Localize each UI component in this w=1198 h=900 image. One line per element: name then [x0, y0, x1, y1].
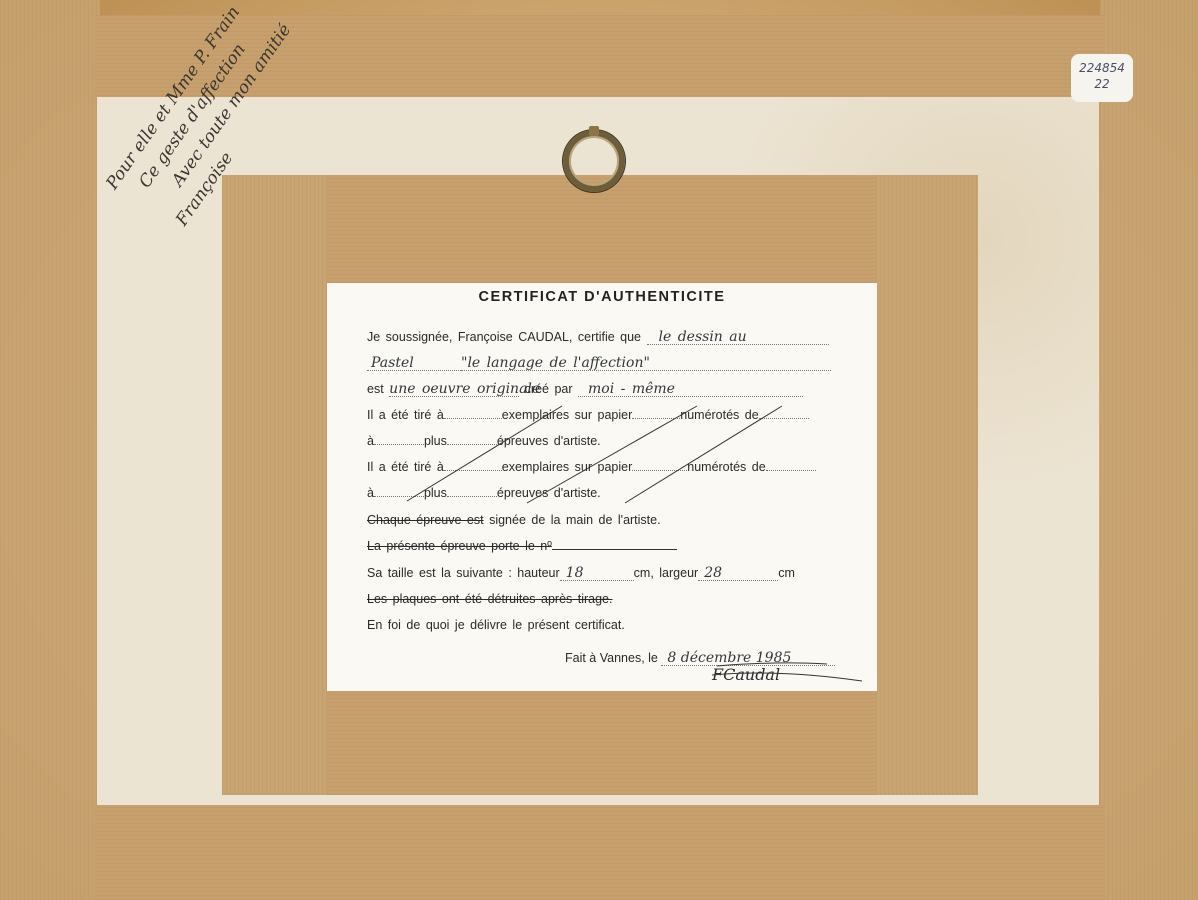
cert-line-taille: Sa taille est la suivante : hauteur18cm,… [367, 564, 832, 582]
handwritten-date: 8 décembre 1985 [661, 651, 835, 666]
cert-line-title: Pastel"le langage de l'affection" [367, 354, 832, 372]
cert-line-epreuves-1: àplusépreuves d'artiste. [367, 432, 832, 450]
handwritten-creator: moi - même [578, 382, 803, 397]
handwritten-hauteur: 18 [560, 566, 634, 581]
cert-line-chaque: Chaque épreuve est signée de la main de … [367, 511, 832, 529]
handwritten-largeur: 28 [698, 566, 778, 581]
handwritten-medium: le dessin au [647, 330, 829, 345]
cert-line-en-foi: En foi de quoi je délivre le présent cer… [367, 616, 832, 634]
cert-line-tirage-1: Il a été tiré àexemplaires sur papiernum… [367, 406, 832, 424]
frame-left-edge [0, 0, 100, 900]
cert-line-intro: Je soussignée, Françoise CAUDAL, certifi… [367, 328, 832, 346]
certificate-card: CERTIFICAT D'AUTHENTICITE Je soussignée,… [327, 283, 877, 691]
cert-line-presente: La présente épreuve porte le nº [367, 537, 832, 555]
kraft-tape-left [222, 175, 327, 795]
hanging-ring-icon [563, 130, 625, 192]
frame-bottom-tape [95, 805, 1105, 900]
certificate-title: CERTIFICAT D'AUTHENTICITE [327, 289, 877, 305]
artist-signature: FCaudal [712, 665, 780, 684]
cert-line-plaques: Les plaques ont été détruites après tira… [367, 590, 832, 608]
cert-line-tirage-2: Il a été tiré àexemplaires sur papiernum… [367, 458, 832, 476]
handwritten-technique: Pastel [367, 356, 461, 371]
handwritten-artwork-title: "le langage de l'affection" [461, 356, 831, 371]
inventory-sticker: 224854 22 [1071, 54, 1133, 102]
kraft-tape-right [876, 175, 978, 795]
cert-line-date: Fait à Vannes, le 8 décembre 1985 [565, 651, 835, 666]
sticker-number: 224854 [1071, 60, 1133, 76]
sticker-lot: 22 [1071, 76, 1133, 92]
ring-clip-icon [589, 126, 599, 136]
frame-right-edge [1100, 0, 1198, 900]
cert-line-epreuves-2: àplusépreuves d'artiste. [367, 484, 832, 502]
handwritten-original: une oeuvre originale [389, 382, 519, 397]
cert-line-original: est une oeuvre originale créé par moi - … [367, 380, 832, 398]
